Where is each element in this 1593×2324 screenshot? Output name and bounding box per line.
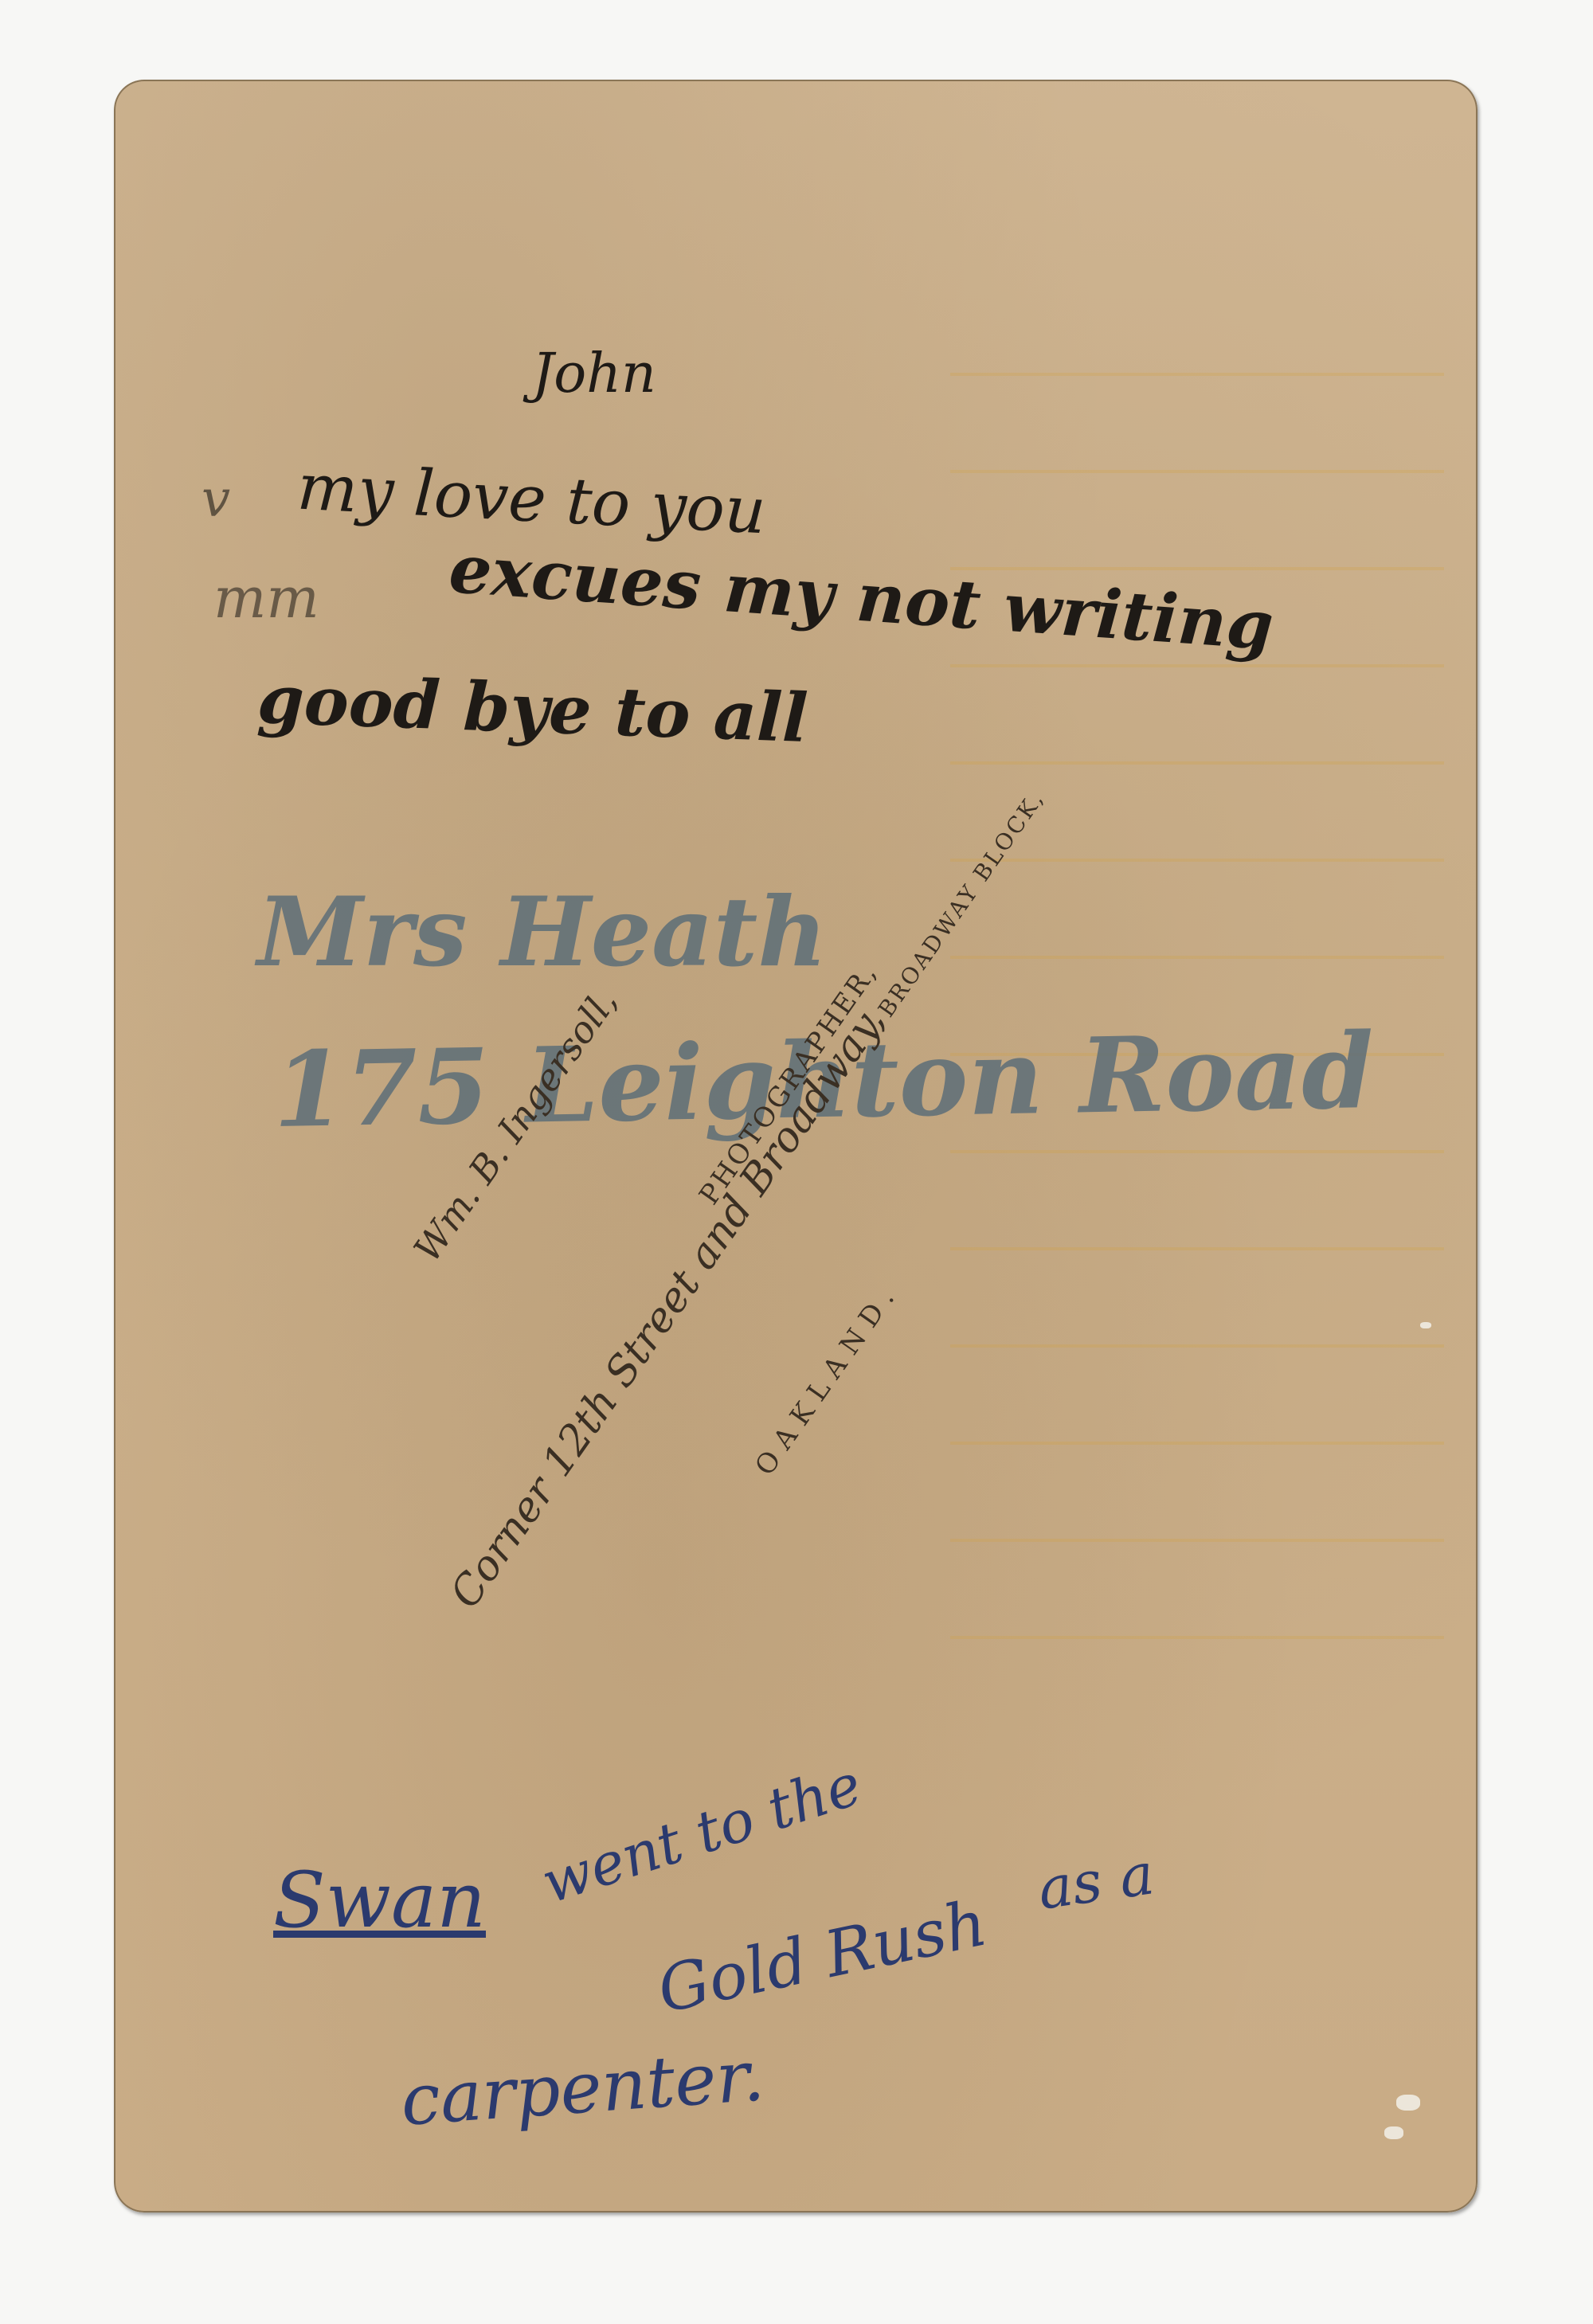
wear-chip — [1396, 2095, 1420, 2111]
note-line-1: went to the — [534, 1751, 869, 1916]
struck-mark-1: v — [202, 470, 230, 529]
cabinet-card-back: John v my love to you mm excues my not w… — [114, 80, 1478, 2212]
note-line-3: as a — [1034, 1840, 1158, 1922]
imprint-city: OAKLAND. — [749, 1275, 906, 1481]
letter-line-3: good bye to all — [256, 659, 808, 757]
wear-chip — [1384, 2126, 1403, 2139]
note-line-2: Gold Rush — [652, 1885, 993, 2027]
note-line-4: carpenter. — [398, 2034, 767, 2142]
faint-ruled-lines — [950, 279, 1444, 1712]
address-name: Mrs Heath — [257, 876, 828, 988]
salutation: John — [532, 342, 656, 405]
note-name: Swan — [273, 1856, 486, 1945]
struck-mark-2: mm — [213, 565, 319, 631]
letter-line-1: my love to you — [296, 450, 768, 549]
wear-chip — [1420, 1322, 1431, 1328]
